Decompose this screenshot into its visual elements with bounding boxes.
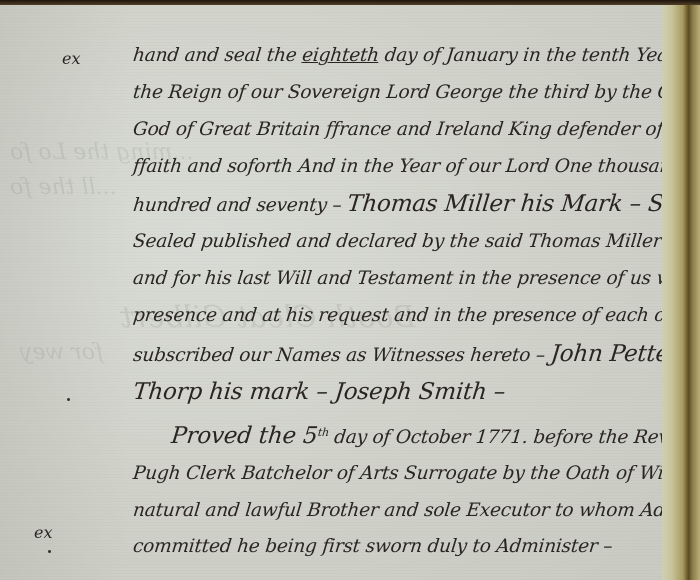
margin-mark-top: ex xyxy=(62,49,81,68)
line-text: hand and seal the xyxy=(132,45,303,66)
margin-dot xyxy=(48,550,51,553)
text-line-8: presence and at his request and in the p… xyxy=(132,305,700,326)
page-shading xyxy=(0,5,130,580)
text-line-3: God of Great Britain ffrance and Ireland… xyxy=(132,119,700,140)
manuscript-page: ...ming the Lo fo ...ll the fo Booth Cle… xyxy=(0,5,672,580)
text-line-9: subscribed our Names as Witnesses hereto… xyxy=(132,341,700,367)
margin-mark-bottom: ex xyxy=(34,523,53,542)
bleed-through-text: for wey xyxy=(20,340,103,365)
signature-text: Thomas Miller his Mark – Signed xyxy=(346,191,700,217)
text-line-14: committed he being first sworn duly to A… xyxy=(132,536,613,557)
book-binding-edge xyxy=(662,5,700,580)
text-line-4: ffaith and soforth And in the Year of ou… xyxy=(132,156,700,177)
bleed-through-text: ...ll the fo xyxy=(10,175,116,200)
text-line-2: the Reign of our Sovereign Lord George t… xyxy=(132,82,700,103)
witness-names: Thorp his mark – Joseph Smith – xyxy=(132,379,507,405)
text-line-13: natural and lawful Brother and sole Exec… xyxy=(132,500,700,521)
text-line-1: hand and seal the eighteth day of Januar… xyxy=(132,45,700,66)
text-line-11: Proved the 5th day of October 1771. befo… xyxy=(170,423,700,449)
line-text: hundred and seventy – xyxy=(132,195,348,216)
proved-heading: Proved the 5 xyxy=(170,423,319,449)
margin-dot xyxy=(67,398,70,401)
line-text: day of January in the tenth Year of xyxy=(378,45,700,66)
underlined-word: eighteth xyxy=(301,45,380,66)
text-line-5: hundred and seventy – Thomas Miller his … xyxy=(132,191,700,217)
text-line-7: and for his last Will and Testament in t… xyxy=(132,268,700,289)
text-line-10: Thorp his mark – Joseph Smith – xyxy=(132,379,507,405)
line-text: day of October 1771. before the Rev xyxy=(327,427,669,448)
text-line-12: Pugh Clerk Batchelor of Arts Surrogate b… xyxy=(132,463,700,484)
line-text: subscribed our Names as Witnesses hereto… xyxy=(132,345,552,366)
text-line-6: Sealed published and declared by the sai… xyxy=(132,231,700,252)
